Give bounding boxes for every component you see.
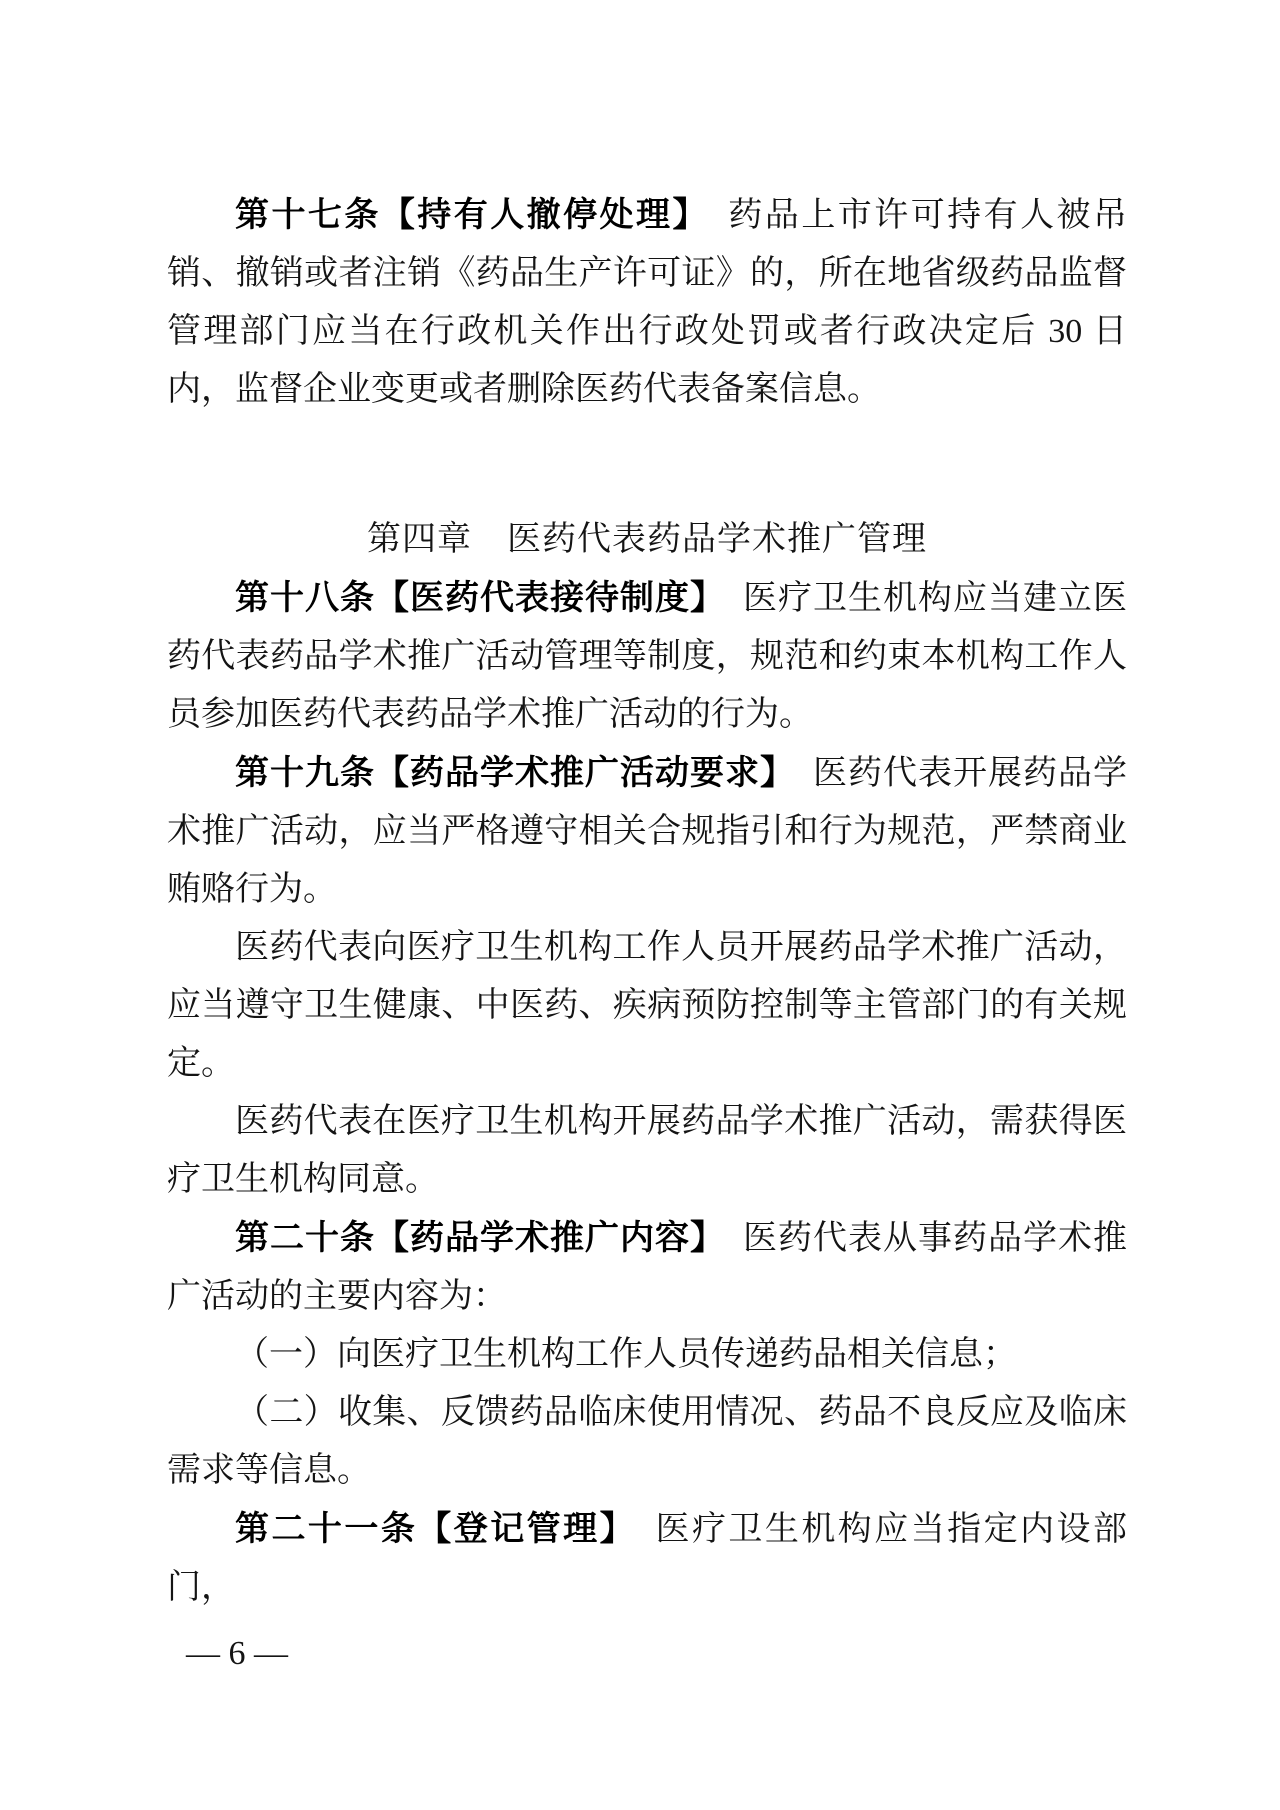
article-19-paragraph: 第十九条【药品学术推广活动要求】 医药代表开展药品学术推广活动，应当严格遵守相关…: [167, 744, 1127, 919]
article-19-heading: 第十九条【药品学术推广活动要求】: [235, 754, 778, 792]
list-item-1: （一）向医疗卫生机构工作人员传递药品相关信息；: [167, 1326, 1127, 1384]
article-20-paragraph: 第二十条【药品学术推广内容】 医药代表从事药品学术推广活动的主要内容为：: [167, 1209, 1127, 1326]
article-18-heading: 第十八条【医药代表接待制度】: [235, 579, 708, 617]
paragraph-consent: 医药代表在医疗卫生机构开展药品学术推广活动，需获得医疗卫生机构同意。: [167, 1093, 1127, 1209]
document-page: 第十七条【持有人撤停处理】 药品上市许可持有人被吊销、撤销或者注销《药品生产许可…: [0, 0, 1280, 1810]
article-17-paragraph: 第十七条【持有人撤停处理】 药品上市许可持有人被吊销、撤销或者注销《药品生产许可…: [167, 186, 1127, 419]
document-body: 第十七条【持有人撤停处理】 药品上市许可持有人被吊销、撤销或者注销《药品生产许可…: [0, 0, 1127, 1617]
page-footer: — 6 —: [186, 1632, 288, 1676]
chapter-4-heading: 第四章 医药代表药品学术推广管理: [167, 511, 1127, 569]
article-20-heading: 第二十条【药品学术推广内容】: [235, 1219, 708, 1257]
page-number: — 6 —: [186, 1635, 288, 1672]
list-item-2: （二）收集、反馈药品临床使用情况、药品不良反应及临床需求等信息。: [167, 1384, 1127, 1500]
article-18-paragraph: 第十八条【医药代表接待制度】 医疗卫生机构应当建立医药代表药品学术推广活动管理等…: [167, 569, 1127, 744]
article-17-heading: 第十七条【持有人撤停处理】: [235, 196, 692, 234]
article-21-paragraph: 第二十一条【登记管理】 医疗卫生机构应当指定内设部门，: [167, 1500, 1127, 1617]
article-21-heading: 第二十一条【登记管理】: [235, 1510, 619, 1548]
paragraph-promotion-rules: 医药代表向医疗卫生机构工作人员开展药品学术推广活动，应当遵守卫生健康、中医药、疾…: [167, 919, 1127, 1093]
